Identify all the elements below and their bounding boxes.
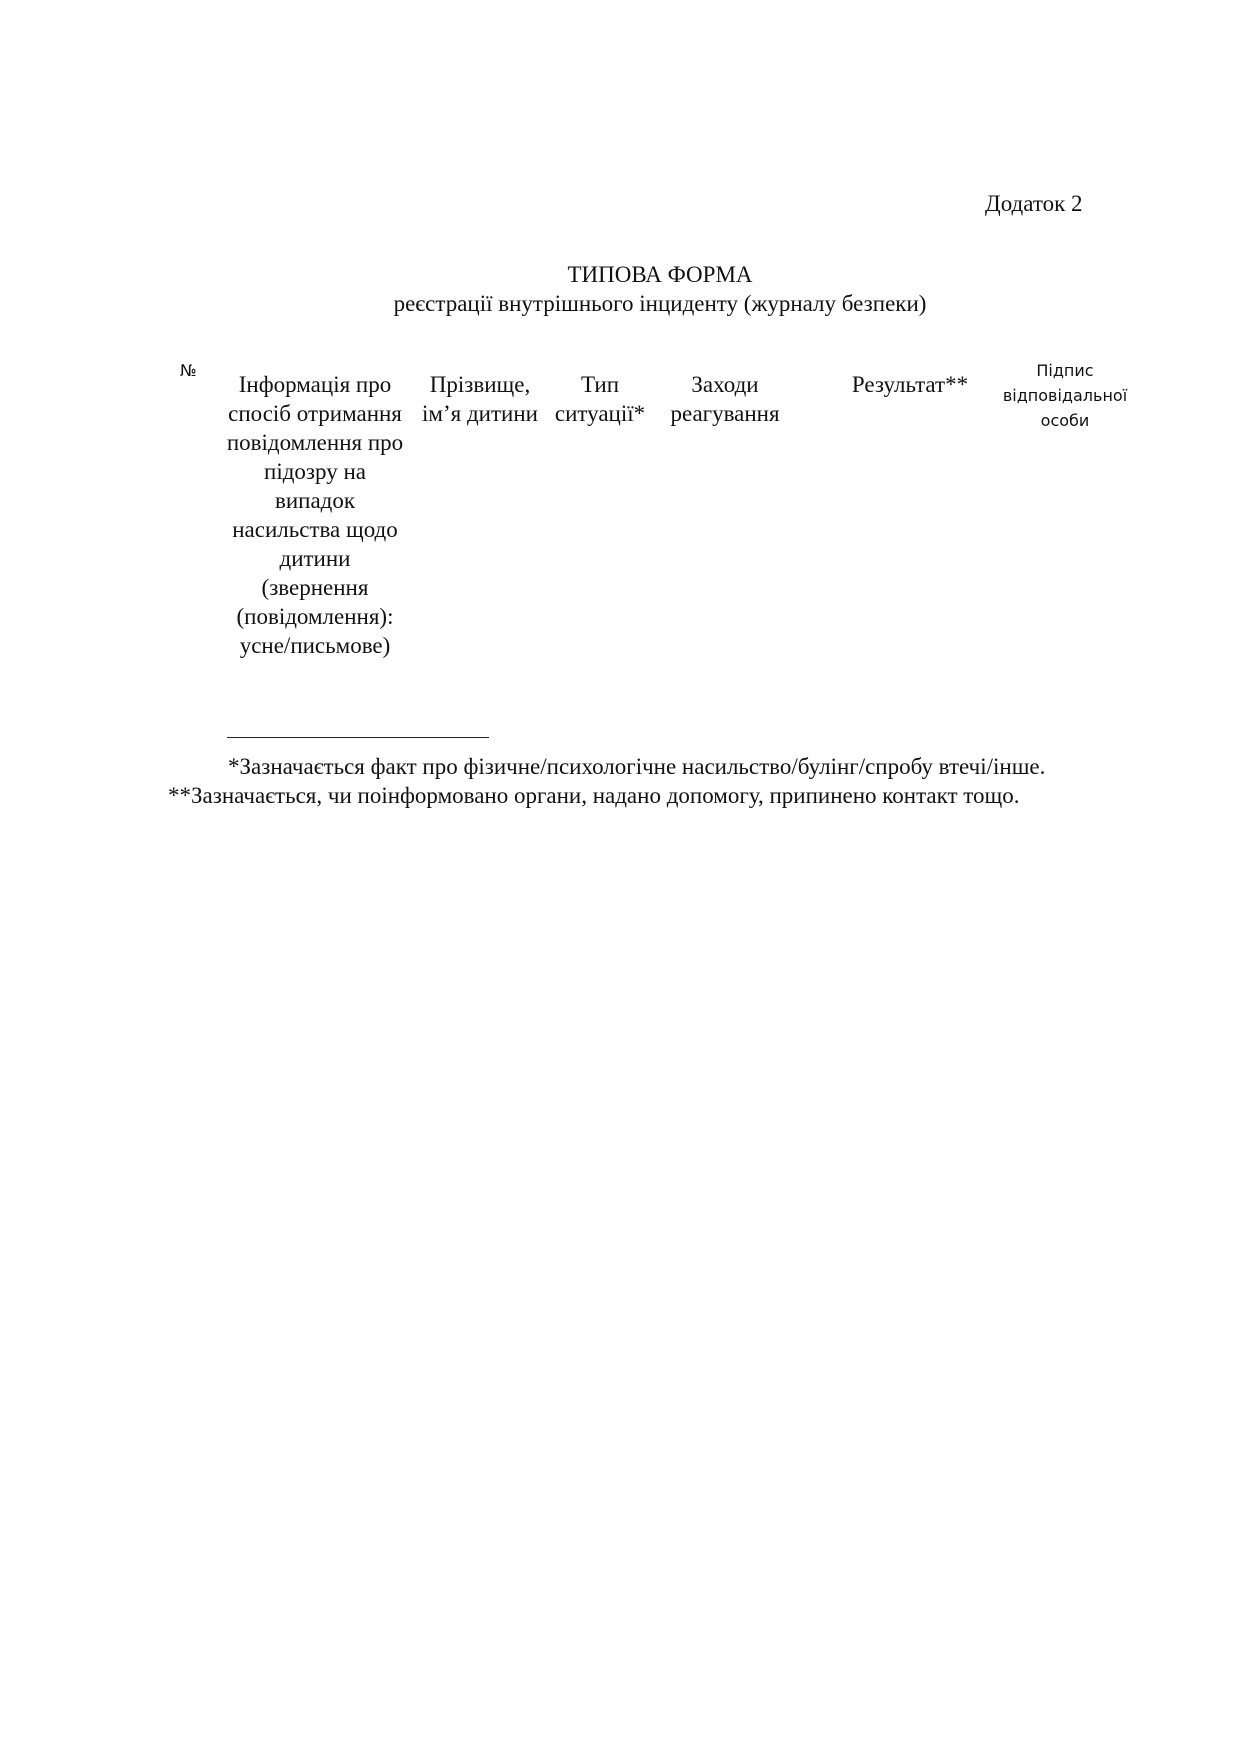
column-header-report-info: Інформація про спосіб отримання повідомл…: [210, 370, 420, 660]
column-header-child-name: Прізвище, ім’я дитини: [415, 370, 545, 428]
footnote-divider: [227, 737, 489, 738]
column-header-result: Результат**: [835, 370, 985, 399]
footnotes: *Зазначається факт про фізичне/психологі…: [168, 752, 1048, 810]
appendix-label: Додаток 2: [985, 190, 1083, 218]
title-block: ТИПОВА ФОРМА реєстрації внутрішнього інц…: [0, 260, 1241, 318]
footnote-situation-type: *Зазначається факт про фізичне/психологі…: [168, 752, 1048, 781]
document-page: Додаток 2 ТИПОВА ФОРМА реєстрації внутрі…: [0, 0, 1241, 1755]
form-title: ТИПОВА ФОРМА: [0, 260, 1241, 289]
footnote-result: **Зазначається, чи поінформовано органи,…: [168, 781, 1048, 810]
column-header-signature: Підпис відповідальної особи: [985, 358, 1145, 433]
form-subtitle: реєстрації внутрішнього інциденту (журна…: [0, 289, 1241, 318]
column-header-situation-type: Тип ситуації*: [545, 370, 655, 428]
column-header-response-measures: Заходи реагування: [660, 370, 790, 428]
column-header-number: №: [180, 358, 210, 383]
